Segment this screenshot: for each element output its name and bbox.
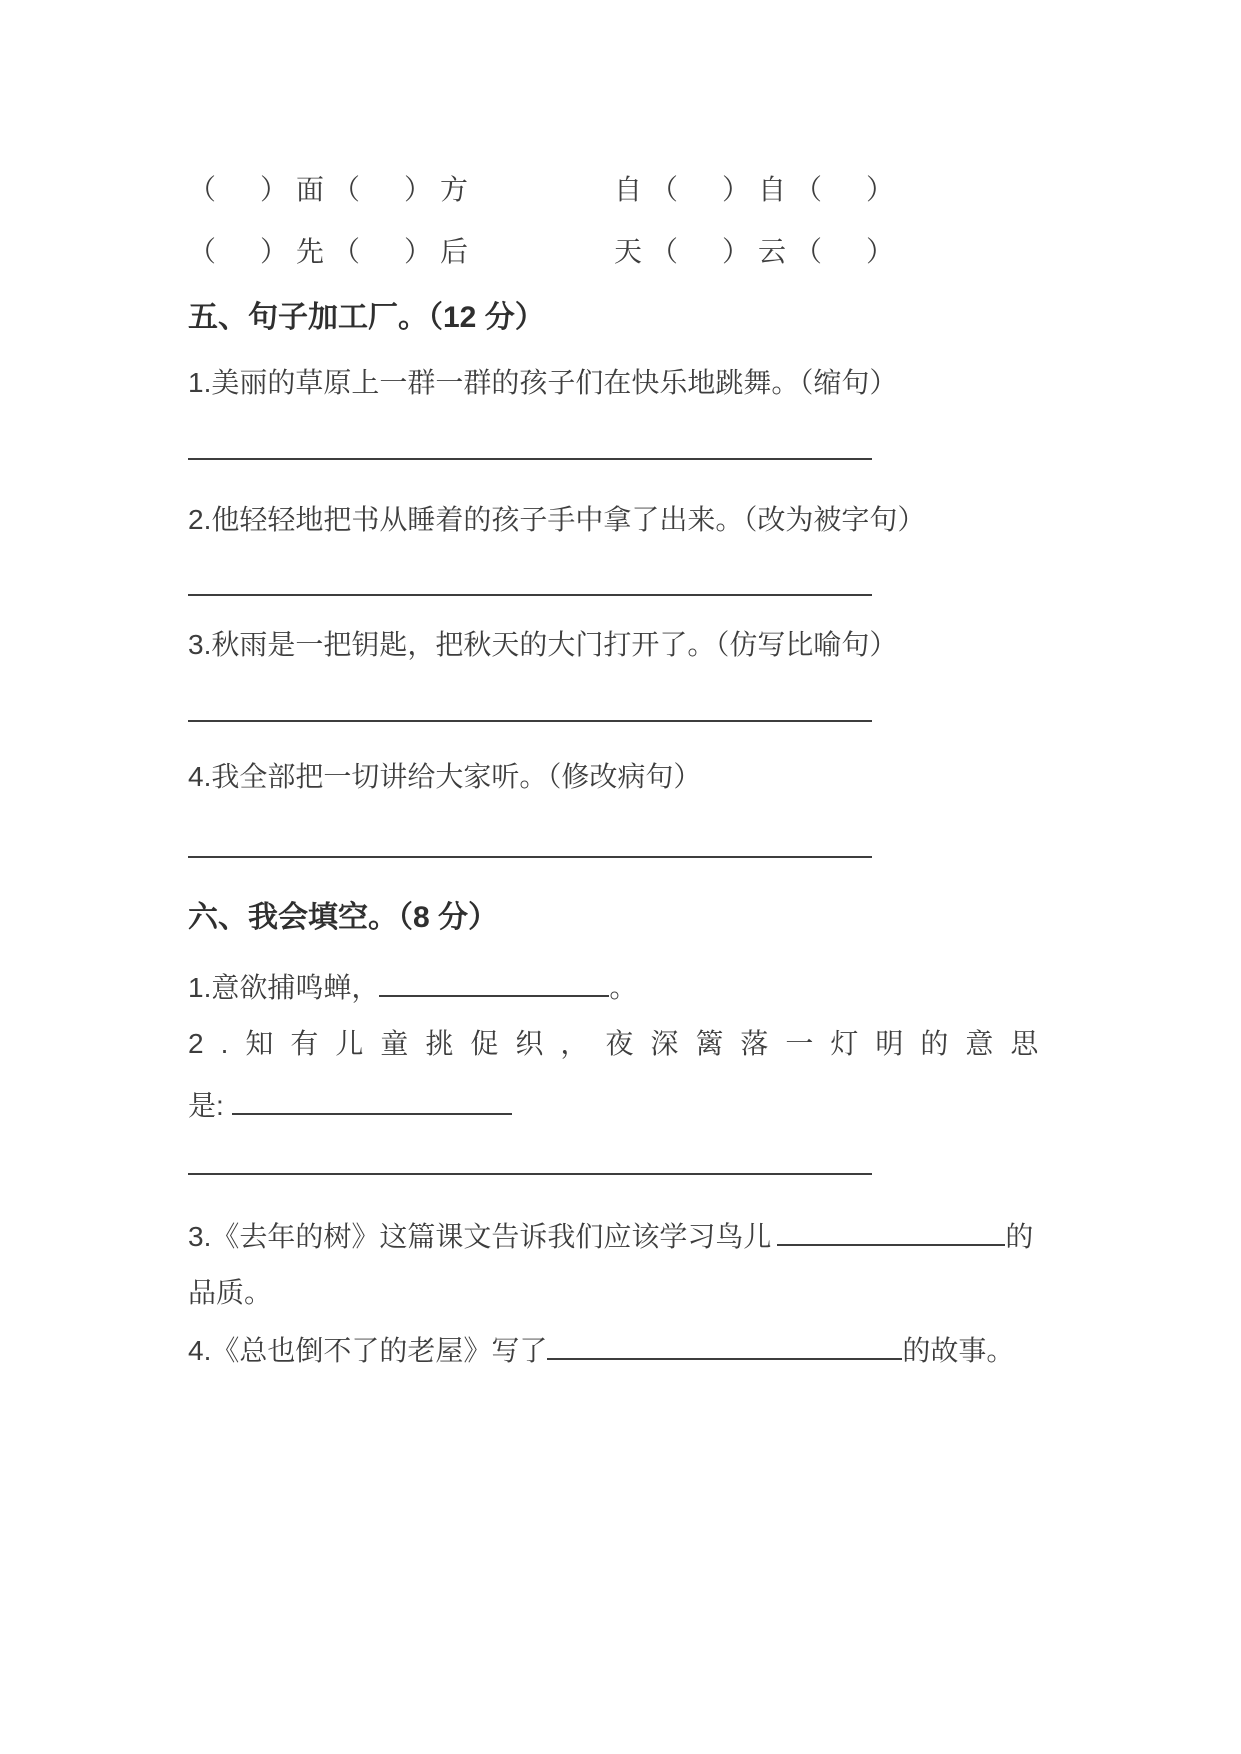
section6-question-2-line1: 2.知有儿童挑促织，夜深篱落一灯明的意思 <box>188 1024 1071 1064</box>
question-text: 3.《去年的树》这篇课文告诉我们应该学习鸟儿 <box>188 1221 771 1252</box>
section6-question-2-line2: 是: <box>188 1083 1071 1123</box>
word-pair-row: （ ）先（ ）后 天（ ）云（ ） <box>188 232 1071 272</box>
answer-blank-inline <box>232 1083 512 1115</box>
section6-heading: 六、我会填空。（8 分） <box>188 897 1071 939</box>
question-text: 是: <box>188 1090 224 1121</box>
section6-question-3-line1: 3.《去年的树》这篇课文告诉我们应该学习鸟儿的 <box>188 1214 1071 1254</box>
section5-question-3: 3.秋雨是一把钥匙，把秋天的大门打开了。（仿写比喻句） <box>188 625 1071 665</box>
section5-question-2: 2.他轻轻地把书从睡着的孩子手中拿了出来。（改为被字句） <box>188 500 1071 540</box>
word-pair-col1: （ ）面（ ）方 <box>188 174 476 205</box>
word-pair-col2: 自（ ）自（ ） <box>614 170 902 210</box>
question-text: 4.《总也倒不了的老屋》写了 <box>188 1335 547 1366</box>
worksheet-page: （ ）面（ ）方 自（ ）自（ ） （ ）先（ ）后 天（ ）云（ ） 五、句子… <box>0 0 1241 1754</box>
answer-blank-inline <box>547 1328 902 1360</box>
question-text: 。 <box>609 972 637 1003</box>
answer-blank-inline <box>777 1214 1005 1246</box>
word-pair-col2: 天（ ）云（ ） <box>614 232 902 272</box>
section6-question-4: 4.《总也倒不了的老屋》写了的故事。 <box>188 1328 1071 1368</box>
question-text: 1.意欲捕鸣蝉， <box>188 972 379 1003</box>
word-pair-row: （ ）面（ ）方 自（ ）自（ ） <box>188 170 1071 210</box>
word-pair-col1: （ ）先（ ）后 <box>188 236 476 267</box>
section5-question-4: 4.我全部把一切讲给大家听。（修改病句） <box>188 757 1071 797</box>
answer-blank-line <box>188 1173 872 1175</box>
answer-blank-line <box>188 856 872 858</box>
section6-question-1: 1.意欲捕鸣蝉，。 <box>188 965 1071 1005</box>
question-text: 的 <box>1005 1221 1033 1252</box>
answer-blank-inline <box>379 965 609 997</box>
question-text: 的故事。 <box>902 1335 1014 1366</box>
answer-blank-line <box>188 458 872 460</box>
section6-question-3-line2: 品质。 <box>188 1273 1071 1313</box>
section5-question-1: 1.美丽的草原上一群一群的孩子们在快乐地跳舞。（缩句） <box>188 363 1071 403</box>
answer-blank-line <box>188 720 872 722</box>
section5-heading: 五、句子加工厂。（12 分） <box>188 297 1071 339</box>
answer-blank-line <box>188 594 872 596</box>
